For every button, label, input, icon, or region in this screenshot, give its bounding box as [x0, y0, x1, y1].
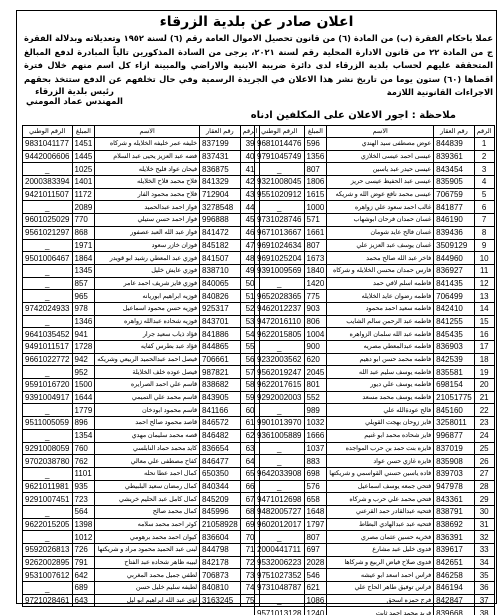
national-id: _ [23, 315, 73, 328]
property-number: 842651 [434, 556, 475, 569]
taxpayer-name: فاطمه رضوان عايد الخلايله [327, 290, 434, 303]
national-id: _ [23, 277, 73, 290]
property-number: 706661 [200, 353, 241, 366]
property-number: 841255 [434, 315, 475, 328]
national-id: 9232003562 [255, 353, 305, 366]
row-number: 42 [240, 176, 260, 189]
taxpayer-name: فراس احمد اسعد ابو عيشه [327, 569, 434, 582]
property-number: 846190 [434, 214, 475, 227]
amount-due: 546 [304, 569, 327, 582]
row-number: 38 [474, 607, 494, 615]
table-row: 31838692فتحيه عبد عبدالهادي البطاط179796… [255, 518, 495, 531]
taxpayer-name: كايد محمد حماد النابلسي [95, 442, 200, 455]
amount-due: 791 [72, 556, 95, 569]
national-id: 9562019247 [255, 366, 305, 379]
taxpayer-name: عيسى احمد عيسى الخلازي [327, 150, 434, 163]
row-number: 15 [474, 315, 494, 328]
header-property: رقم العقار [200, 126, 241, 138]
property-number: 843454 [434, 163, 475, 176]
property-number: 845182 [200, 239, 241, 252]
table-row: 38839668فريد محمد احمد ثابت1240957101312… [255, 607, 495, 615]
table-row: 22845160فالح عودةالله علي989_ [255, 404, 495, 417]
property-number: 838791 [434, 505, 475, 518]
header-amount: المبلغ [304, 126, 327, 138]
table-row: 64846477كفاح مصطفى علي معالي762970203878… [23, 455, 260, 468]
national-id: _ [23, 290, 73, 303]
table-row: 17836903فاطمه عبدالمعطي مصريه900_ [255, 341, 495, 354]
national-id: 9621011981 [23, 480, 73, 493]
row-number: 14 [474, 302, 494, 315]
amount-due: 723 [72, 493, 95, 506]
table-row: 39837199خليفه عمر خليفه الخلايله و شركاه… [23, 138, 260, 151]
property-number: 996888 [200, 214, 241, 227]
table-row: 48841507فوزي عبد المعطي رشيد ابو قويدر18… [23, 252, 260, 265]
table-row: 73706873لطفي جميل محمد المغربي6429531007… [23, 569, 260, 582]
header-amount: المبلغ [72, 126, 95, 138]
amount-due: 935 [72, 480, 95, 493]
taxpayer-name: لؤي عبد الله ابراهيم ابو ليل [95, 594, 200, 607]
table-row: 8839436غسان فالح عايد شومان1661967101366… [255, 226, 495, 239]
property-number: 840065 [200, 277, 241, 290]
taxpayer-name: فيصل احمد عبدالحميد الربيعي وشريكه [95, 353, 200, 366]
amount-due: 1644 [72, 391, 95, 404]
national-id: _ [23, 264, 73, 277]
taxpayer-name: فالح عودةالله علي [327, 404, 434, 417]
table-row: 66840344كمال رمضان سعيد البلبيطي93596210… [23, 480, 260, 493]
row-number: 53 [240, 315, 260, 328]
table-row: 93509129غسان يوسف عبد العزيز علي80796910… [255, 239, 495, 252]
property-number: 844798 [200, 544, 241, 557]
header-property: رقم العقار [434, 126, 475, 138]
amount-due: 552 [304, 391, 327, 404]
amount-due: 2045 [304, 366, 327, 379]
taxpayer-name: فريد محمد احمد ثابت [327, 607, 434, 615]
row-number: 33 [474, 544, 494, 557]
row-number: 18 [474, 353, 494, 366]
taxpayer-name: لطيفه سليم خليل حسن [95, 582, 200, 595]
table-row: 74840810لطيفه سليم خليل حسن689_ [23, 582, 260, 595]
table-row: 56706661فيصل احمد عبدالحميد الربيعي وشري… [23, 353, 260, 366]
property-number: 839436 [434, 226, 475, 239]
property-number: 21051775 [434, 391, 475, 404]
row-number: 16 [474, 328, 494, 341]
row-number: 10 [474, 252, 494, 265]
amount-due: 1500 [72, 379, 95, 392]
table-body-right: 1844839عوض مصطفى سيد الهندي5969681014476… [255, 138, 495, 615]
property-number: 987821 [200, 366, 241, 379]
table-row: 2121051775فاطمه يوسف محمد مسعد5529292002… [255, 391, 495, 404]
row-number: 50 [240, 277, 260, 290]
property-number: 841886 [200, 328, 241, 341]
amount-due: 1354 [72, 429, 95, 442]
taxpayer-name: فتحي جمعه يوسف اسماعيل [327, 480, 434, 493]
taxpayer-name: كمال محمد صالح [95, 505, 200, 518]
national-id: 9661022772 [23, 353, 73, 366]
national-id: 9561021297 [23, 226, 73, 239]
national-id: 9462012237 [255, 302, 305, 315]
table-row: 5706759عيسى محمد نافع عوض الله و شريكه16… [255, 188, 495, 201]
table-row: 27839703فاده ياسين حسني القواسمي و شريكت… [255, 467, 495, 480]
property-number: 838682 [200, 379, 241, 392]
taxpayer-name: لبنى عبد الحميد محمود مراد و شريكتها [95, 544, 200, 557]
property-number: 839361 [434, 150, 475, 163]
row-number: 41 [240, 163, 260, 176]
amount-due: 643 [72, 594, 95, 607]
property-number: 844865 [200, 341, 241, 354]
row-number: 51 [240, 290, 260, 303]
taxpayer-name: غسان حمدان فرحان ابوشهاب [327, 214, 434, 227]
table-row: 63836654كايد محمد حماد النابلسي760929100… [23, 442, 260, 455]
table-row: 33839617فدوى خليل عبد مشارع6972000441711 [255, 544, 495, 557]
taxpayer-name: فاطمه يوسف سليم عبد الله [327, 366, 434, 379]
amount-due: 896 [72, 417, 95, 430]
table-row: 42841329فلاح محمد فلاح الخلايله140120003… [23, 176, 260, 189]
property-number: 844839 [434, 138, 475, 151]
taxpayer-name: فيصل عوده خلف الخلايلة [95, 366, 200, 379]
national-id: 9592026813 [23, 544, 73, 557]
national-id: 9391009569 [255, 264, 305, 277]
row-number: 39 [240, 138, 260, 151]
row-number: 61 [240, 417, 260, 430]
row-number: 56 [240, 353, 260, 366]
national-id: 9361005889 [255, 429, 305, 442]
national-id: 9681014476 [255, 138, 305, 151]
row-number: 71 [240, 544, 260, 557]
row-number: 70 [240, 531, 260, 544]
property-number: 845209 [200, 493, 241, 506]
taxpayer-name: فاطمه يوسف محمد مسعد [327, 391, 434, 404]
amount-due: 1025 [72, 163, 95, 176]
taxpayer-name: فخريه حسين عثمان مصري [327, 531, 434, 544]
amount-due: 564 [72, 505, 95, 518]
amount-due: 806 [304, 315, 327, 328]
national-id: 9391004917 [23, 391, 73, 404]
table-row: 233258011فايز زوحان بهجت القويلي10329901… [255, 417, 495, 430]
row-number: 49 [240, 264, 260, 277]
row-number: 20 [474, 379, 494, 392]
row-number: 52 [240, 302, 260, 315]
national-id: _ [23, 163, 73, 176]
header-national-id: الرقم الوطني [23, 126, 73, 138]
property-number: 841472 [200, 226, 241, 239]
row-number: 36 [474, 582, 494, 595]
taxpayer-name: فراس توفيق طاهر الحاج علي [327, 582, 434, 595]
table-row: 25837019فايزه بنت حمد بن حرب المواجده103… [255, 442, 495, 455]
taxpayer-name: عيسى محمد نافع عوض الله و شريكه [327, 188, 434, 201]
table-row: 14842410فاطمه سعيد احمد محمود90394620122… [255, 302, 495, 315]
table-row: 3843454عيسى حيدر عبد ياسين807_ [255, 163, 495, 176]
amount-due: 1673 [304, 252, 327, 265]
row-number: 6 [474, 201, 494, 214]
table-row: 50840065فوزي فايز شريف احمد عامر857_ [23, 277, 260, 290]
taxpayer-name: فلاح محمد فلاح الخلايله [95, 176, 200, 189]
taxpayer-name: فدوى صلاح فياض الربيع و شركاها [327, 556, 434, 569]
table-row: 61846572قاصد محمود صالح احمد896951100505… [23, 417, 260, 430]
announcement-title: اعلان صادر عن بلدية الزرقاء [16, 14, 497, 30]
national-id: _ [23, 404, 73, 417]
property-number: 650350 [200, 467, 241, 480]
amount-due: 1346 [72, 315, 95, 328]
signature-block: رئيس بلدية الزرقاء المهندس عماد المومني [26, 87, 123, 107]
row-number: 1 [474, 138, 494, 151]
national-id: 9532006223 [255, 556, 305, 569]
row-number: 24 [474, 429, 494, 442]
taxpayer-name: خليفه عمر خليفه الخلايله و شركاه [95, 138, 200, 151]
taxpayer-name: لبيبه ظاهر شحاده عبد الفتاح [95, 556, 200, 569]
national-id: _ [255, 201, 305, 214]
row-number: 29 [474, 493, 494, 506]
national-id: 9691024634 [255, 239, 305, 252]
national-id: 9721028461 [23, 594, 73, 607]
header-num: الرقم [240, 126, 260, 138]
national-id: 9421011507 [23, 188, 73, 201]
amount-due: 1401 [72, 176, 95, 189]
taxpayer-name: فايز زوحان بهجت القويلي [327, 417, 434, 430]
table-row: 6921058928كوثر احمد محمد سلامه1398962201… [23, 518, 260, 531]
property-number: 835905 [434, 176, 475, 189]
row-number: 55 [240, 341, 260, 354]
header-national-id: الرقم الوطني [255, 126, 305, 138]
property-number: 839703 [434, 467, 475, 480]
row-number: 69 [240, 518, 260, 531]
row-number: 73 [240, 569, 260, 582]
national-id: 9652028365 [255, 290, 305, 303]
row-number: 7 [474, 214, 494, 227]
property-number: 21058928 [200, 518, 241, 531]
taxpayers-table-right: الرقم رقم العقار الاسم المبلغ الرقم الوط… [254, 125, 495, 615]
table-row: 2839361عيسى احمد عيسى الخلازي13569791045… [255, 150, 495, 163]
amount-due: 1101 [72, 467, 95, 480]
taxpayer-name: لطفي جميل محمد المغربي [95, 569, 200, 582]
taxpayer-name: فواز عبد الله العبد عصفور [95, 226, 200, 239]
national-id: 9442006606 [23, 150, 73, 163]
taxpayer-name: فوزي عايش خليل [95, 264, 200, 277]
property-number: 925317 [200, 302, 241, 315]
taxpayer-name: كيوان احمد محمد برهومي [95, 531, 200, 544]
taxpayer-name: فاطمه يوسف علي ديور [327, 379, 434, 392]
amount-due: 1864 [72, 252, 95, 265]
table-row: 65650350كمال احمد عطا نحله1101_ [23, 467, 260, 480]
property-number: 841329 [200, 176, 241, 189]
amount-due: 770 [72, 214, 95, 227]
property-number: 838692 [434, 518, 475, 531]
taxpayer-name: قاسم محمد علي التميمي [95, 391, 200, 404]
table-row: 753163245لؤي عبد الله ابراهيم ابو ليل643… [23, 594, 260, 607]
table-row: 32836391فخريه حسين عثمان مصري807_ [255, 531, 495, 544]
amount-due: 1728 [72, 341, 95, 354]
row-number: 25 [474, 442, 494, 455]
row-number: 45 [240, 214, 260, 227]
property-number: 846477 [200, 455, 241, 468]
amount-due: 775 [304, 290, 327, 303]
amount-due: 2089 [72, 201, 95, 214]
taxpayer-name: عيسى حيدر عبد ياسين [327, 163, 434, 176]
table-row: 6841877غالب احمد سعود علي زواهره1000_ [255, 201, 495, 214]
taxpayer-name: فايزه بنت حمد بن حرب المواجده [327, 442, 434, 455]
table-row: 40837431فضه عبد العزيز يحيى عبد السلام14… [23, 150, 260, 163]
property-number: 698154 [434, 379, 475, 392]
table-row: 11836927فارس حمدان محسن الخلايله و شركاه… [255, 264, 495, 277]
property-number: 842847 [434, 594, 475, 607]
property-number: 846482 [200, 429, 241, 442]
national-id: _ [255, 455, 305, 468]
table-row: 15841255فاطمه عبد الرحمن سالم الشايب8069… [255, 315, 495, 328]
amount-due: 883 [304, 455, 327, 468]
national-id: _ [255, 531, 305, 544]
amount-due: 1797 [304, 518, 327, 531]
taxpayer-name: فوزي فايز شريف احمد عامر [95, 277, 200, 290]
amount-due: 1779 [72, 404, 95, 417]
table-row: 19835581فاطمه يوسف سليم عبد الله20459562… [255, 366, 495, 379]
property-number: 841435 [434, 277, 475, 290]
national-id: 9731028746 [255, 214, 305, 227]
amount-due: 658 [304, 493, 327, 506]
property-number: 839668 [434, 607, 475, 615]
row-number: 72 [240, 556, 260, 569]
table-row: 36846194فراس توفيق طاهر الحاج علي6219731… [255, 582, 495, 595]
row-number: 4 [474, 176, 494, 189]
row-number: 2 [474, 150, 494, 163]
row-number: 46 [240, 226, 260, 239]
row-number: 21 [474, 391, 494, 404]
taxpayer-name: فؤاد ذياب سعيد جرار [95, 328, 200, 341]
taxpayer-name: قاصد محمود صالح احمد [95, 417, 200, 430]
taxpayer-name: غسان فالح عايد شومان [327, 226, 434, 239]
amount-due: 1445 [72, 150, 95, 163]
taxpayer-name: كفاح مصطفى علي معالي [95, 455, 200, 468]
table-row: 13706499فاطمه رضوان عايد الخلايله7759652… [255, 290, 495, 303]
table-row: 1844839عوض مصطفى سيد الهندي5969681014476 [255, 138, 495, 151]
table-row: 443278548فواز احمد عبدالحميد2089_ [23, 201, 260, 214]
national-id: _ [23, 505, 73, 518]
taxpayer-name: فاطمه محمد حسن ابو دهيم [327, 353, 434, 366]
national-id: 9591016720 [23, 379, 73, 392]
table-row: 54841886فؤاد ذياب سعيد جرار9419641035452 [23, 328, 260, 341]
amount-due: 807 [304, 239, 327, 252]
row-number: 62 [240, 429, 260, 442]
row-number: 9 [474, 239, 494, 252]
property-number: 835581 [434, 366, 475, 379]
table-row: 71844798لبنى عبد الحميد محمود مراد و شري… [23, 544, 260, 557]
taxpayer-name: فوزان خازر سعود [95, 239, 200, 252]
national-id: _ [255, 341, 305, 354]
national-id: 9551020912 [255, 188, 305, 201]
taxpayer-name: غسان يوسف عبد العزيز علي [327, 239, 434, 252]
amount-due: 1172 [72, 188, 95, 201]
property-number: 836391 [434, 531, 475, 544]
taxpayer-name: فؤاد عبد بطرس كفايه [95, 341, 200, 354]
table-row: 55844865فؤاد عبد بطرس كفايه1728949101151… [23, 341, 260, 354]
taxpayer-name: فاخر عبد الله صالح محمد [327, 252, 434, 265]
national-id: 9702038780 [23, 455, 73, 468]
table-row: 41836875فيحان عواد فليح خلايله1025_ [23, 163, 260, 176]
amount-due: 903 [304, 302, 327, 315]
row-number: 34 [474, 556, 494, 569]
property-number: 706499 [434, 290, 475, 303]
row-number: 37 [474, 594, 494, 607]
national-id: _ [255, 480, 305, 493]
amount-due: 1615 [304, 188, 327, 201]
table-row: 67845209كمال كامل عبد الحليم خريشي723929… [23, 493, 260, 506]
property-number: 3163245 [200, 594, 241, 607]
row-number: 74 [240, 582, 260, 595]
row-number: 11 [474, 264, 494, 277]
table-row: 20698154فاطمه يوسف علي ديور8019622017615 [255, 379, 495, 392]
table-row: 47845182فوزان خازر سعود1971_ [23, 239, 260, 252]
national-id: 9292002003 [255, 391, 305, 404]
national-id: _ [23, 201, 73, 214]
national-id: 9291007451 [23, 493, 73, 506]
amount-due: 1004 [304, 328, 327, 341]
amount-due: 801 [304, 379, 327, 392]
national-id: 9622015205 [23, 518, 73, 531]
taxpayer-name: فوزي عبد المعطي رشيد ابو قويدر [95, 252, 200, 265]
taxpayer-name: فتحيه عبدالقادر حمد القرعني [327, 505, 434, 518]
national-id: 9602012017 [255, 518, 305, 531]
taxpayer-name: عوض مصطفى سيد الهندي [327, 138, 434, 151]
amount-due: 978 [72, 302, 95, 315]
amount-due: 807 [304, 163, 327, 176]
amount-due: 642 [72, 569, 95, 582]
property-number: 837019 [434, 442, 475, 455]
table-row: 28947978فتحي جمعه يوسف اسماعيل576_ [255, 480, 495, 493]
table-row: 57987821فيصل عوده خلف الخلايلة952_ [23, 366, 260, 379]
amount-due: 1240 [304, 607, 327, 615]
property-number: 836654 [200, 442, 241, 455]
row-number: 31 [474, 518, 494, 531]
property-number: 840826 [200, 290, 241, 303]
property-number: 846194 [434, 582, 475, 595]
property-number: 712904 [200, 188, 241, 201]
property-number: 839617 [434, 544, 475, 557]
amount-due: 596 [304, 138, 327, 151]
national-id: 9642033908 [255, 467, 305, 480]
national-id: _ [255, 594, 305, 607]
property-number: 841507 [200, 252, 241, 265]
row-number: 22 [474, 404, 494, 417]
property-number: 836604 [200, 531, 241, 544]
national-id: 2000441711 [255, 544, 305, 557]
property-number: 846258 [434, 569, 475, 582]
table-row: 30838791فتحيه عبدالقادر حمد القرعني16489… [255, 505, 495, 518]
amount-due: 1648 [304, 505, 327, 518]
table-row: 52925317فوزيه حسن محمود اسماعيل978974202… [23, 302, 260, 315]
national-id: 9691025204 [255, 252, 305, 265]
row-number: 54 [240, 328, 260, 341]
national-id: 9622017615 [255, 379, 305, 392]
table-row: 26835908فايزه غازي حسن عواد883_ [255, 455, 495, 468]
amount-due: 1012 [72, 531, 95, 544]
amount-due: 1666 [304, 429, 327, 442]
property-number: 706873 [200, 569, 241, 582]
property-number: 845160 [434, 404, 475, 417]
table-row: 72842178لبيبه ظاهر شحاده عبد الفتاح79192… [23, 556, 260, 569]
national-id: _ [23, 582, 73, 595]
table-row: 68845996كمال محمد صالح564_ [23, 505, 260, 518]
table-row: 16845435فاطمه عبد الله سلمان الزواهره100… [255, 328, 495, 341]
amount-due: 868 [72, 226, 95, 239]
national-id: 9482005727 [255, 505, 305, 518]
taxpayer-name: كمال احمد عطا نحله [95, 467, 200, 480]
taxpayer-name: فاطمه عبد الله سلمان الزواهره [327, 328, 434, 341]
amount-due: 900 [304, 341, 327, 354]
table-row: 37842847فرج حمزه اسحق1086_ [255, 594, 495, 607]
national-id: _ [255, 404, 305, 417]
national-id: 9731048787 [255, 582, 305, 595]
amount-due: 952 [72, 366, 95, 379]
table-row: 10844960فاخر عبد الله صالح محمد167396910… [255, 252, 495, 265]
signature-name: المهندس عماد المومني [26, 97, 123, 107]
